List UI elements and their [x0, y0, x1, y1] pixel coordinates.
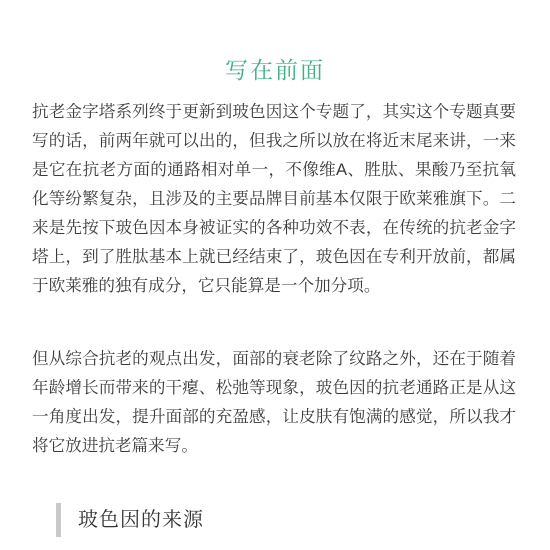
section-heading: 玻色因的来源 [56, 503, 550, 537]
article-paragraph-2: 但从综合抗老的观点出发，面部的衰老除了纹路之外，还在于随着年龄增长而带来的干瘪、… [32, 344, 516, 460]
page-title: 写在前面 [0, 0, 550, 84]
article-page: 写在前面 抗老金字塔系列终于更新到玻色因这个专题了，其实这个专题真要写的话，前两… [0, 0, 550, 550]
article-paragraph-1: 抗老金字塔系列终于更新到玻色因这个专题了，其实这个专题真要写的话，前两年就可以出… [32, 97, 516, 300]
section-heading-text: 玻色因的来源 [61, 503, 204, 537]
article-body: 抗老金字塔系列终于更新到玻色因这个专题了，其实这个专题真要写的话，前两年就可以出… [0, 97, 550, 460]
